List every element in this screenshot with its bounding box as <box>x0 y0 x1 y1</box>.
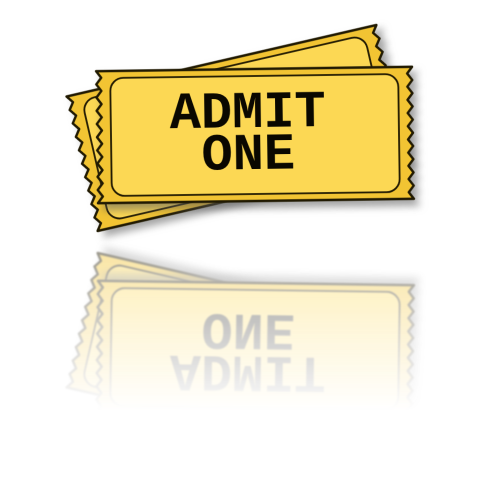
ticket-stack: ADMIT ONE <box>0 0 500 260</box>
front-ticket-icon: ADMIT ONE <box>95 280 415 418</box>
admit-one-ticket-illustration: ADMIT ONE ADMIT ONE <box>0 0 500 500</box>
ticket-text-line2: ONE <box>201 298 295 358</box>
front-ticket-icon: ADMIT ONE <box>95 66 415 204</box>
ticket-reflection: ADMIT ONE <box>0 224 500 484</box>
ticket-text-line2: ONE <box>201 125 295 185</box>
